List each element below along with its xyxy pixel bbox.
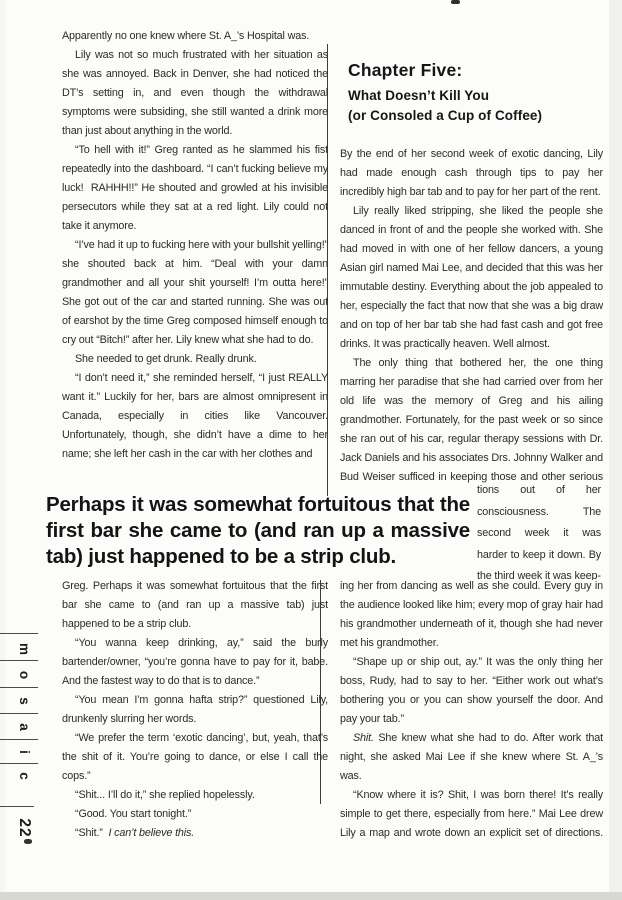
page-number: 22 bbox=[12, 816, 36, 840]
spine-rule bbox=[0, 739, 38, 740]
paragraph: “I don’t need it,” she reminded herself,… bbox=[62, 369, 328, 464]
paragraph: Apparently no one knew where St. A_’s Ho… bbox=[62, 27, 328, 46]
spine-rule bbox=[0, 633, 38, 634]
paragraph: Lily was not so much frustrated with her… bbox=[62, 46, 328, 141]
right-column-wrap: tions out of her consciousness. The seco… bbox=[477, 480, 601, 580]
paragraph: By the end of her second week of exotic … bbox=[340, 145, 603, 202]
right-column-top: By the end of her second week of exotic … bbox=[340, 145, 603, 483]
paragraph: tions out of her consciousness. The seco… bbox=[477, 480, 601, 580]
paragraph: ing her from dancing as well as she coul… bbox=[340, 577, 603, 653]
spine-rule bbox=[0, 713, 38, 714]
folio-rule bbox=[0, 806, 34, 807]
spine-letter: a bbox=[15, 718, 33, 736]
right-column-bottom: ing her from dancing as well as she coul… bbox=[340, 577, 603, 839]
paragraph-text-italic: Shit. bbox=[353, 732, 374, 744]
paragraph: She needed to get drunk. Really drunk. bbox=[62, 350, 328, 369]
paragraph: Shit. She knew what she had to do. After… bbox=[340, 729, 603, 786]
left-column-top: Apparently no one knew where St. A_’s Ho… bbox=[62, 27, 328, 495]
paragraph: “You mean I’m gonna hafta strip?” questi… bbox=[62, 691, 328, 729]
paragraph: “Shape up or ship out, ay.” It was the o… bbox=[340, 653, 603, 729]
chapter-subtitle: What Doesn’t Kill You bbox=[348, 86, 588, 106]
paragraph: “I’ve had it up to fucking here with you… bbox=[62, 236, 328, 350]
paragraph: “Shit... I’ll do it,” she replied hopele… bbox=[62, 786, 328, 805]
scan-edge-left bbox=[0, 0, 5, 892]
paragraph: “We prefer the term ‘exotic dancing’, bu… bbox=[62, 729, 328, 786]
paragraph: “Shit.” I can’t believe this. bbox=[62, 824, 328, 843]
paragraph: “To hell with it!” Greg ranted as he sla… bbox=[62, 141, 328, 236]
spine-letter: s bbox=[15, 692, 33, 710]
pull-quote: Perhaps it was somewhat fortuitous that … bbox=[46, 492, 470, 574]
left-column-bottom: Greg. Perhaps it was somewhat fortuitous… bbox=[62, 577, 328, 877]
scan-edge-right bbox=[609, 0, 622, 892]
book-page: m o s a i c 22 Apparently no one knew wh… bbox=[0, 0, 622, 900]
paragraph-text: She knew what she had to do. After work … bbox=[340, 732, 603, 782]
paragraph: “You wanna keep drinking, ay,” said the … bbox=[62, 634, 328, 691]
paragraph: Lily really liked stripping, she liked t… bbox=[340, 202, 603, 354]
paragraph-text: “Shit.” bbox=[75, 827, 108, 839]
paragraph: “Good. You start tonight.” bbox=[62, 805, 328, 824]
paragraph-text: “Know where it is? Shit, I was born ther… bbox=[340, 789, 603, 839]
paragraph: The only thing that bothered her, the on… bbox=[340, 354, 603, 483]
spine-rule bbox=[0, 763, 38, 764]
paragraph: “Know where it is? Shit, I was born ther… bbox=[340, 786, 603, 839]
chapter-heading: Chapter Five: What Doesn’t Kill You (or … bbox=[348, 60, 588, 126]
spine-rule bbox=[0, 687, 38, 688]
ink-speck-top-right bbox=[451, 0, 460, 4]
spine-letter: o bbox=[15, 666, 33, 684]
chapter-kicker: Chapter Five: bbox=[348, 60, 588, 81]
paragraph-text-italic: I can’t believe this. bbox=[108, 827, 194, 839]
chapter-subtitle: (or Consoled a Cup of Coffee) bbox=[348, 106, 588, 126]
spine-letter: i bbox=[15, 743, 33, 761]
spine-letter: c bbox=[15, 767, 33, 785]
spine-letter: m bbox=[15, 640, 33, 658]
scan-edge-bottom bbox=[0, 892, 622, 900]
spine-rule bbox=[0, 660, 38, 661]
paragraph: Greg. Perhaps it was somewhat fortuitous… bbox=[62, 577, 328, 634]
